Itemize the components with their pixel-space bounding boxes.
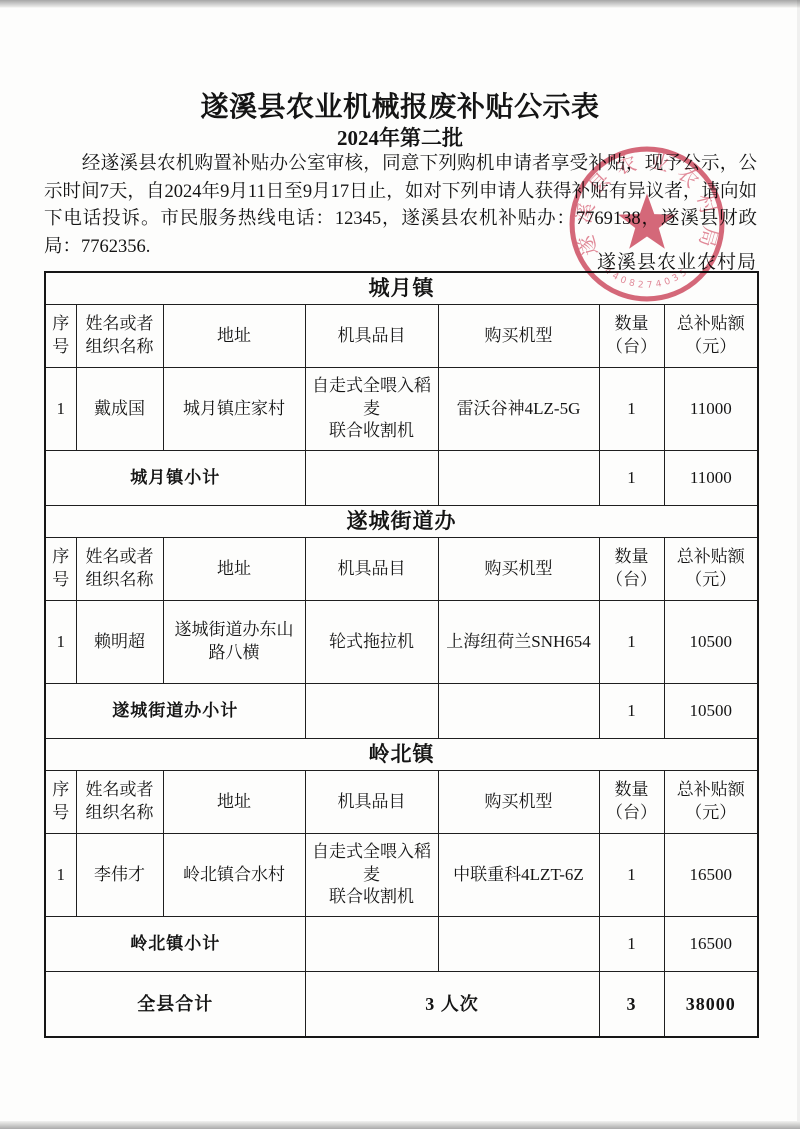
col-header-item: 机具品目 (305, 538, 438, 601)
col-header-item: 机具品目 (305, 771, 438, 834)
section-header-row: 遂城街道办 (45, 506, 758, 538)
col-header-no: 序 号 (45, 305, 76, 368)
col-header-address: 地址 (163, 305, 305, 368)
total-persons: 3 人次 (305, 972, 599, 1038)
total-label: 全县合计 (45, 972, 305, 1038)
column-header-row: 序 号 姓名或者 组织名称 地址 机具品目 购买机型 数量 （台） 总补贴额 （… (45, 771, 758, 834)
col-header-amount: 总补贴额 （元） (664, 538, 758, 601)
col-header-address: 地址 (163, 771, 305, 834)
cell-address: 遂城街道办东山 路八横 (163, 601, 305, 684)
subtotal-qty: 1 (599, 917, 664, 972)
empty-cell (438, 684, 599, 739)
page-title: 遂溪县农业机械报废补贴公示表 (0, 85, 800, 125)
col-header-qty: 数量 （台） (599, 538, 664, 601)
cell-amount: 11000 (664, 368, 758, 451)
cell-amount: 16500 (664, 834, 758, 917)
empty-cell (305, 451, 438, 506)
section-header-row: 岭北镇 (45, 739, 758, 771)
cell-no: 1 (45, 834, 76, 917)
town-name: 遂城街道办 (45, 506, 758, 538)
col-header-applicant: 姓名或者 组织名称 (76, 771, 163, 834)
col-header-model: 购买机型 (438, 305, 599, 368)
official-seal-stamp: 遂溪县农业农村局 4408274035 (566, 141, 728, 307)
col-header-address: 地址 (163, 538, 305, 601)
cell-no: 1 (45, 368, 76, 451)
seal-star-icon (618, 194, 676, 249)
column-header-row: 序 号 姓名或者 组织名称 地址 机具品目 购买机型 数量 （台） 总补贴额 （… (45, 538, 758, 601)
col-header-model: 购买机型 (438, 538, 599, 601)
col-header-qty: 数量 （台） (599, 305, 664, 368)
empty-cell (438, 917, 599, 972)
scan-edge-top (0, 0, 800, 8)
cell-address: 城月镇庄家村 (163, 368, 305, 451)
table-row: 1 李伟才 岭北镇合水村 自走式全喂入稻麦 联合收割机 中联重科4LZT-6Z … (45, 834, 758, 917)
subtotal-label: 岭北镇小计 (45, 917, 305, 972)
empty-cell (305, 684, 438, 739)
subtotal-amount: 10500 (664, 684, 758, 739)
cell-applicant: 赖明超 (76, 601, 163, 684)
cell-model: 中联重科4LZT-6Z (438, 834, 599, 917)
col-header-no: 序 号 (45, 538, 76, 601)
col-header-amount: 总补贴额 （元） (664, 305, 758, 368)
table-row: 1 赖明超 遂城街道办东山 路八横 轮式拖拉机 上海纽荷兰SNH654 1 10… (45, 601, 758, 684)
subtotal-label: 城月镇小计 (45, 451, 305, 506)
col-header-no: 序 号 (45, 771, 76, 834)
subtotal-row: 岭北镇小计 1 16500 (45, 917, 758, 972)
cell-item: 自走式全喂入稻麦 联合收割机 (305, 368, 438, 451)
cell-applicant: 戴成国 (76, 368, 163, 451)
cell-qty: 1 (599, 368, 664, 451)
total-amount: 38000 (664, 972, 758, 1038)
seal-serial-number: 4408274035 (602, 266, 692, 291)
subtotal-qty: 1 (599, 684, 664, 739)
col-header-item: 机具品目 (305, 305, 438, 368)
cell-model: 上海纽荷兰SNH654 (438, 601, 599, 684)
cell-address: 岭北镇合水村 (163, 834, 305, 917)
subtotal-amount: 11000 (664, 451, 758, 506)
subtotal-qty: 1 (599, 451, 664, 506)
cell-item: 自走式全喂入稻麦 联合收割机 (305, 834, 438, 917)
cell-qty: 1 (599, 834, 664, 917)
cell-item: 轮式拖拉机 (305, 601, 438, 684)
col-header-amount: 总补贴额 （元） (664, 771, 758, 834)
subtotal-row: 遂城街道办小计 1 10500 (45, 684, 758, 739)
subsidy-table: 城月镇 序 号 姓名或者 组织名称 地址 机具品目 购买机型 数量 （台） 总补… (44, 271, 759, 1038)
subtotal-amount: 16500 (664, 917, 758, 972)
document-page: { "header": { "title": "遂溪县农业机械报废补贴公示表",… (0, 0, 800, 1129)
cell-amount: 10500 (664, 601, 758, 684)
cell-qty: 1 (599, 601, 664, 684)
col-header-applicant: 姓名或者 组织名称 (76, 538, 163, 601)
table-row: 1 戴成国 城月镇庄家村 自走式全喂入稻麦 联合收割机 雷沃谷神4LZ-5G 1… (45, 368, 758, 451)
subtotal-label: 遂城街道办小计 (45, 684, 305, 739)
cell-no: 1 (45, 601, 76, 684)
col-header-qty: 数量 （台） (599, 771, 664, 834)
town-name: 岭北镇 (45, 739, 758, 771)
empty-cell (305, 917, 438, 972)
cell-applicant: 李伟才 (76, 834, 163, 917)
column-header-row: 序 号 姓名或者 组织名称 地址 机具品目 购买机型 数量 （台） 总补贴额 （… (45, 305, 758, 368)
col-header-applicant: 姓名或者 组织名称 (76, 305, 163, 368)
cell-model: 雷沃谷神4LZ-5G (438, 368, 599, 451)
grand-total-row: 全县合计 3 人次 3 38000 (45, 972, 758, 1038)
col-header-model: 购买机型 (438, 771, 599, 834)
empty-cell (438, 451, 599, 506)
subtotal-row: 城月镇小计 1 11000 (45, 451, 758, 506)
total-qty: 3 (599, 972, 664, 1038)
scan-edge-bottom (0, 1121, 800, 1129)
